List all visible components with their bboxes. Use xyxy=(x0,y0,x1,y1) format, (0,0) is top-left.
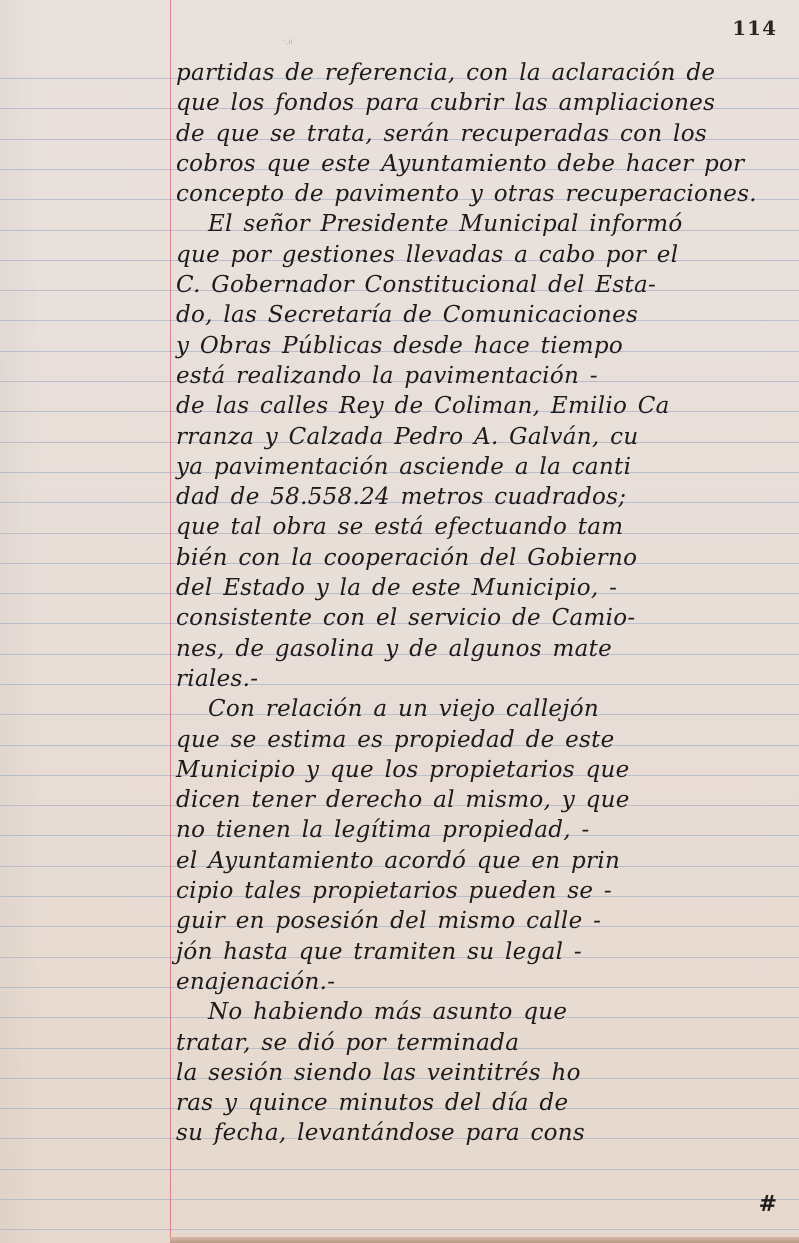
text-line: ras y quince minutos del día de xyxy=(176,1088,776,1118)
text-line: do, las Secretaría de Comunicaciones xyxy=(176,300,776,330)
text-line: Municipio y que los propietarios que xyxy=(176,755,776,785)
ruled-line xyxy=(0,1199,799,1200)
paragraph-start-line: Con relación a un viejo callejón xyxy=(176,694,776,724)
end-of-page-mark: # xyxy=(759,1192,777,1217)
ruled-line xyxy=(0,1229,799,1230)
text-line: de las calles Rey de Coliman, Emilio Ca xyxy=(176,391,776,421)
text-line: ya pavimentación asciende a la canti xyxy=(176,452,776,482)
text-line: nes, de gasolina y de algunos mate xyxy=(176,634,776,664)
text-line: tratar, se dió por terminada xyxy=(176,1028,776,1058)
text-line: dad de 58.558.24 metros cuadrados; xyxy=(176,482,776,512)
paragraph-start-line: El señor Presidente Municipal informó xyxy=(176,209,776,239)
text-line: que por gestiones llevadas a cabo por el xyxy=(176,240,776,270)
text-line: cipio tales propietarios pueden se - xyxy=(176,876,776,906)
text-line: que se estima es propiedad de este xyxy=(176,725,776,755)
text-line: consistente con el servicio de Camio- xyxy=(176,603,776,633)
text-line: C. Gobernador Constitucional del Esta- xyxy=(176,270,776,300)
text-line: rranza y Calzada Pedro A. Galván, cu xyxy=(176,422,776,452)
text-line: que los fondos para cubrir las ampliacio… xyxy=(176,88,776,118)
text-line: concepto de pavimento y otras recuperaci… xyxy=(176,179,776,209)
text-line: no tienen la legítima propiedad, - xyxy=(176,815,776,845)
text-line: su fecha, levantándose para cons xyxy=(176,1118,776,1148)
text-line: cobros que este Ayuntamiento debe hacer … xyxy=(176,149,776,179)
text-line: jón hasta que tramiten su legal - xyxy=(176,937,776,967)
text-line: partidas de referencia, con la aclaració… xyxy=(176,58,776,88)
text-line: riales.- xyxy=(176,664,776,694)
paragraph-start-line: No habiendo más asunto que xyxy=(176,997,776,1027)
text-line: que tal obra se está efectuando tam xyxy=(176,512,776,542)
text-line: está realizando la pavimentación - xyxy=(176,361,776,391)
handwritten-text-body: partidas de referencia, con la aclaració… xyxy=(176,58,776,1149)
text-line: enajenación.- xyxy=(176,967,776,997)
text-line: bién con la cooperación del Gobierno xyxy=(176,543,776,573)
faint-pencil-mark: ·,ıı xyxy=(283,37,293,46)
page-bottom-edge xyxy=(170,1237,799,1243)
ledger-page: ·,ıı 114 partidas de referencia, con la … xyxy=(0,0,799,1243)
text-line: del Estado y la de este Municipio, - xyxy=(176,573,776,603)
text-line: la sesión siendo las veintitrés ho xyxy=(176,1058,776,1088)
ruled-line xyxy=(0,1169,799,1170)
text-line: dicen tener derecho al mismo, y que xyxy=(176,785,776,815)
text-line: y Obras Públicas desde hace tiempo xyxy=(176,331,776,361)
page-number: 114 xyxy=(732,16,777,40)
text-line: guir en posesión del mismo calle - xyxy=(176,906,776,936)
red-margin-line xyxy=(170,0,171,1243)
text-line: el Ayuntamiento acordó que en prin xyxy=(176,846,776,876)
text-line: de que se trata, serán recuperadas con l… xyxy=(176,119,776,149)
